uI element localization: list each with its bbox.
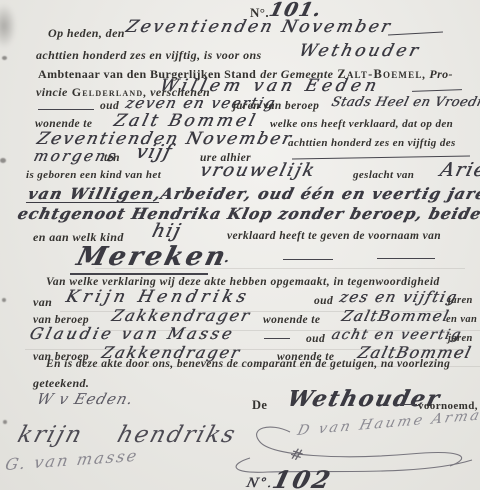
printed-text: , Pro- xyxy=(423,67,453,81)
ink-dash xyxy=(412,89,462,92)
handwritten-witness1-residence: ZaltBommel xyxy=(340,309,451,324)
handwritten-witness2-name: Glaudie van Masse xyxy=(28,326,236,342)
handwritten-hour: vijf xyxy=(134,143,174,162)
scan-speck xyxy=(3,420,7,424)
handwritten-line: van Willigen, Arbeider, oud één en veert… xyxy=(26,186,480,203)
handwritten-gender: vrouwelijk xyxy=(198,162,318,180)
printed-text: wonende te xyxy=(263,315,320,327)
printed-text: geslacht van xyxy=(353,170,414,181)
handwritten-witness1-profession: Zakkendrager xyxy=(110,308,253,324)
handwritten-pronoun: hij xyxy=(150,222,183,241)
handwritten-father-firstname: Arie xyxy=(438,161,480,180)
ink-dash xyxy=(38,109,94,110)
printed-text: welke ons heeft verklaard, dat op den xyxy=(270,119,453,130)
scan-speck xyxy=(2,298,6,302)
handwritten-text: Arbeider, oud één en veertig jaren en zi… xyxy=(159,186,480,202)
handwritten-mother-line: echtgenoot Hendrika Klop zonder beroep, … xyxy=(16,206,480,222)
printed-text: oud xyxy=(314,296,333,308)
printed-text: oud xyxy=(306,334,325,346)
scan-speck xyxy=(0,158,6,163)
printed-text: vincie xyxy=(36,85,68,99)
handwritten-date: Zeventienden November xyxy=(124,19,394,36)
printed-text: ten xyxy=(104,153,120,165)
handwritten-declarant-name: Willem van Eeden xyxy=(158,78,382,95)
pen-flourish xyxy=(210,420,480,480)
handwritten-witness1-age: zes en vijftig xyxy=(338,290,459,305)
ink-dash xyxy=(388,32,443,36)
handwritten-father-surname: van Willigen, xyxy=(26,186,163,203)
handwritten-profession: Stads Heel en Vroedmeester xyxy=(330,96,480,109)
printed-text: is geboren een kind van het xyxy=(26,170,161,181)
handwritten-official: Wethouder xyxy=(297,43,422,60)
handwritten-witness1-name: Krijn Hendriks xyxy=(64,289,251,306)
handwritten-witness2-age: acht en veertig xyxy=(330,328,463,342)
scanned-birth-record: { "colors": { "paper": "#eae9e5", "print… xyxy=(0,0,480,490)
printed-text: jaren xyxy=(448,296,473,307)
printed-text: De xyxy=(252,399,267,412)
scan-speck xyxy=(2,56,7,60)
printed-text: geteekend. xyxy=(33,377,89,389)
handwritten-residence: Zalt Bommel xyxy=(112,113,259,130)
scan-smudge xyxy=(0,4,16,48)
printed-text: en van xyxy=(446,315,477,326)
ink-dash xyxy=(395,404,417,405)
printed-text: En is deze akte door ons, benevens de co… xyxy=(46,359,450,371)
printed-text: Op heden, den xyxy=(48,27,125,39)
printed-text: achttien honderd zes en vijftig, is voor… xyxy=(36,49,262,61)
form-rule xyxy=(95,268,465,269)
name-underline xyxy=(70,273,208,275)
ink-dash xyxy=(283,259,333,260)
signature-witness2: G. van masse xyxy=(4,448,140,473)
printed-text: verklaard heeft te geven de voornaam van xyxy=(227,231,441,243)
signature-witness1: krijn hendriks xyxy=(15,424,239,447)
ink-dash xyxy=(377,258,435,259)
handwritten-child-name: Mereken xyxy=(74,244,231,270)
signature-comparant: W v Eeden. xyxy=(35,392,135,407)
printed-text: van xyxy=(33,296,52,308)
printed-text: achttien honderd zes en vijftig des xyxy=(288,138,456,149)
ink-dash xyxy=(264,338,290,339)
next-record-number-value: 102 xyxy=(270,468,335,490)
